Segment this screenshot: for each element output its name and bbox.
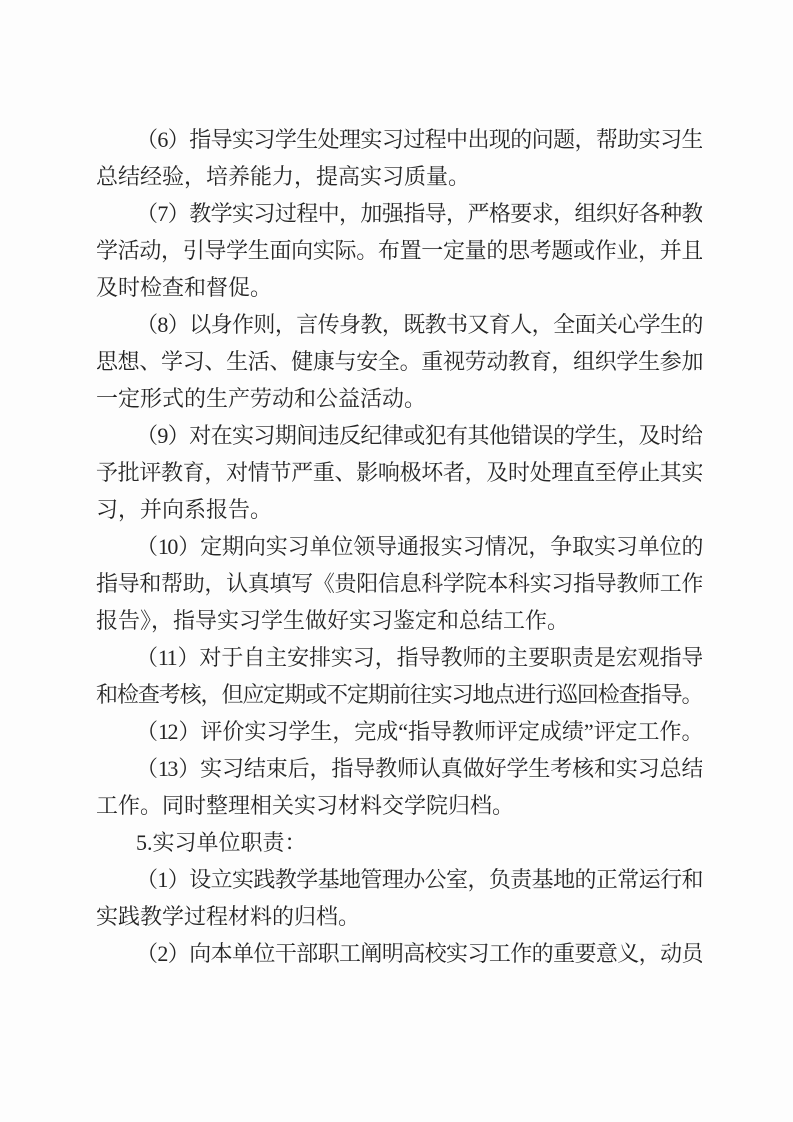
text-line: 实践教学过程材料的归档。: [96, 898, 702, 935]
text-line: （2）向本单位干部职工阐明高校实习工作的重要意义，动员: [96, 935, 702, 972]
text-line: （13）实习结束后，指导教师认真做好学生考核和实习总结: [96, 750, 702, 787]
text-line: 指导和帮助，认真填写《贵阳信息科学院本科实习指导教师工作: [96, 565, 702, 602]
text-line: 总结经验，培养能力，提高实习质量。: [96, 158, 702, 195]
text-line: （6）指导实习学生处理实习过程中出现的问题，帮助实习生: [96, 121, 702, 158]
text-line: （8）以身作则，言传身教，既教书又育人，全面关心学生的: [96, 306, 702, 343]
text-line: （7）教学实习过程中，加强指导，严格要求，组织好各种教: [96, 195, 702, 232]
text-line: 和检查考核，但应定期或不定期前往实习地点进行巡回检查指导。: [96, 676, 702, 713]
text-line: （12）评价实习学生，完成“指导教师评定成绩”评定工作。: [96, 713, 702, 750]
text-line: 习，并向系报告。: [96, 491, 702, 528]
text-line: 一定形式的生产劳动和公益活动。: [96, 380, 702, 417]
text-line: 报告》，指导实习学生做好实习鉴定和总结工作。: [96, 602, 702, 639]
text-line: （10）定期向实习单位领导通报实习情况，争取实习单位的: [96, 528, 702, 565]
text-line: （9）对在实习期间违反纪律或犯有其他错误的学生，及时给: [96, 417, 702, 454]
text-line: 思想、学习、生活、健康与安全。重视劳动教育，组织学生参加: [96, 343, 702, 380]
document-body: （6）指导实习学生处理实习过程中出现的问题，帮助实习生总结经验，培养能力，提高实…: [96, 121, 702, 972]
text-line: 工作。同时整理相关实习材料交学院归档。: [96, 787, 702, 824]
text-line: （1）设立实践教学基地管理办公室，负责基地的正常运行和: [96, 861, 702, 898]
text-line: （11）对于自主安排实习，指导教师的主要职责是宏观指导: [96, 639, 702, 676]
document-page: （6）指导实习学生处理实习过程中出现的问题，帮助实习生总结经验，培养能力，提高实…: [0, 0, 793, 1122]
text-line: 学活动，引导学生面向实际。布置一定量的思考题或作业，并且: [96, 232, 702, 269]
text-line: 5.实习单位职责：: [96, 824, 702, 861]
text-line: 予批评教育，对情节严重、影响极坏者，及时处理直至停止其实: [96, 454, 702, 491]
text-line: 及时检查和督促。: [96, 269, 702, 306]
